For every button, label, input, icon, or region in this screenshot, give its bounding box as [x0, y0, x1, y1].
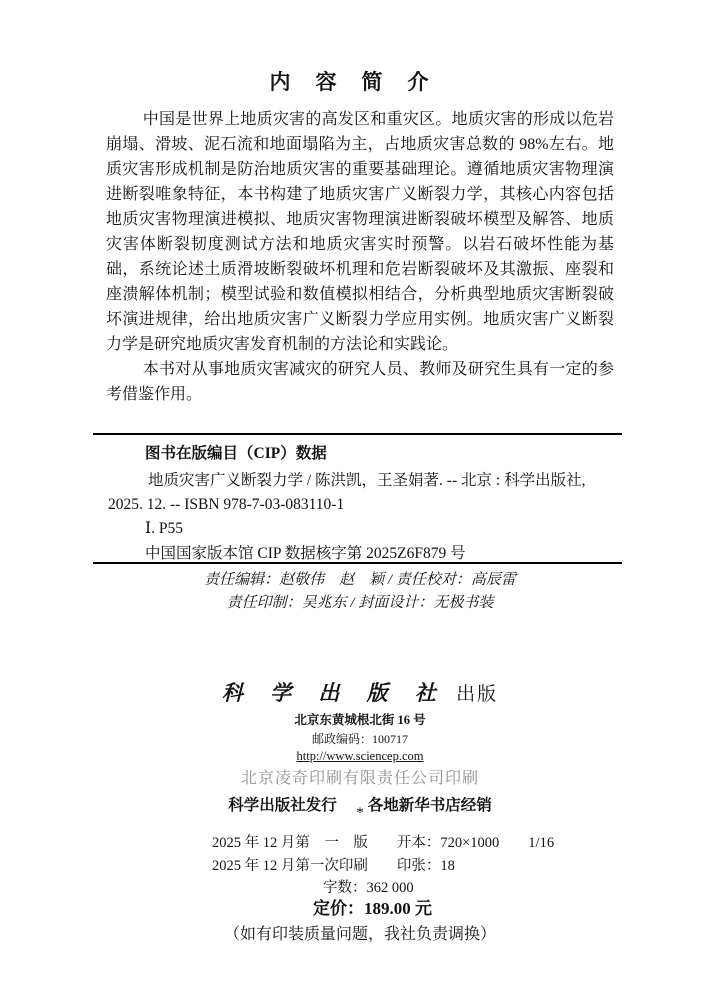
divider-asterisk: * — [0, 805, 720, 822]
intro-section: 中国是世界上地质灾害的高发区和重灾区。地质灾害的形成以危岩崩塌、滑坡、泥石流和地… — [106, 107, 614, 407]
cip-entry: 地质灾害广义断裂力学 / 陈洪凯，王圣娟著. -- 北京 : 科学出版社, 20… — [108, 469, 620, 517]
printer-name: 北京凌奇印刷有限责任公司印刷 — [0, 769, 720, 788]
quality-note: （如有印装质量问题，我社负责调换） — [0, 921, 720, 944]
impression-line: 2025 年 12 月第一次印刷 印张：18 — [212, 854, 455, 875]
publisher-brand-suffix: 出版 — [456, 684, 498, 705]
publisher-website: http://www.sciencep.com — [0, 749, 720, 764]
cip-classification: Ⅰ. P55 — [145, 517, 622, 541]
publisher-postcode: 邮政编码：100717 — [0, 732, 720, 746]
staff-editors-line: 责任编辑：赵敬伟 赵 颖 / 责任校对：高辰雷 — [0, 569, 720, 592]
intro-paragraph-1: 中国是世界上地质灾害的高发区和重灾区。地质灾害的形成以危岩崩塌、滑坡、泥石流和地… — [106, 107, 614, 357]
publisher-address: 北京东黄城根北街 16 号 — [0, 713, 720, 728]
edition-line: 2025 年 12 月第 一 版 开本：720×1000 1/16 — [212, 831, 554, 852]
cip-header: 图书在版编目（CIP）数据 — [145, 442, 622, 466]
intro-paragraph-2: 本书对从事地质灾害减灾的研究人员、教师及研究生具有一定的参考借鉴作用。 — [106, 357, 614, 407]
page-title: 内 容 简 介 — [0, 66, 700, 96]
staff-credits: 责任编辑：赵敬伟 赵 颖 / 责任校对：高辰雷 责任印制：吴兆东 / 封面设计：… — [0, 569, 720, 615]
cip-record-number: 中国国家版本馆 CIP 数据核字第 2025Z6F879 号 — [145, 542, 622, 566]
staff-printing-line: 责任印制：吴兆东 / 封面设计：无极书装 — [0, 592, 720, 615]
price-line: 定价：189.00 元 — [313, 894, 432, 919]
publisher-section: 科 学 出 版 社 出版 北京东黄城根北街 16 号 邮政编码：100717 h… — [0, 682, 720, 815]
book-copyright-page: 内 容 简 介 中国是世界上地质灾害的高发区和重灾区。地质灾害的形成以危岩崩塌、… — [0, 0, 720, 1000]
publisher-logotype: 科 学 出 版 社 — [222, 681, 447, 705]
cip-data-block: 图书在版编目（CIP）数据 地质灾害广义断裂力学 / 陈洪凯，王圣娟著. -- … — [93, 433, 622, 564]
publisher-brand: 科 学 出 版 社 出版 — [0, 682, 720, 706]
